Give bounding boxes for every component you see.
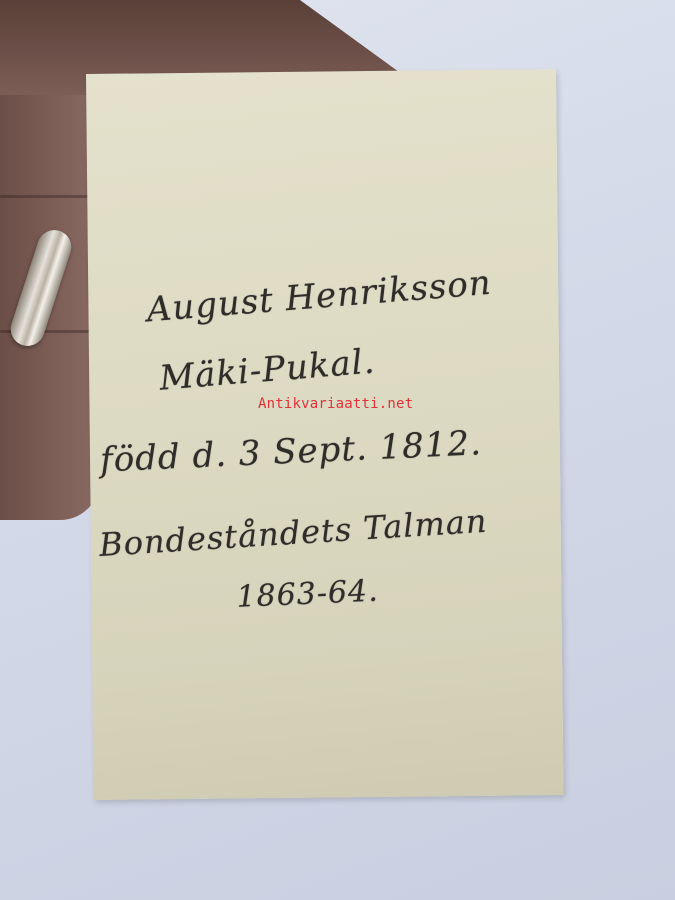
watermark-text: Antikvariaatti.net [258, 396, 413, 412]
photo-scene: August Henriksson Mäki-Pukal. född d. 3 … [0, 0, 675, 900]
card-line-born: född d. 3 Sept. 1812. [99, 423, 482, 480]
card-line-farm: Mäki-Pukal. [158, 342, 377, 399]
card-line-title: Bondeståndets Talman [98, 502, 488, 564]
handwritten-card: August Henriksson Mäki-Pukal. född d. 3 … [86, 69, 564, 800]
card-line-name: August Henriksson [145, 263, 493, 331]
card-line-years: 1863-64. [236, 574, 380, 615]
finger-crease [0, 195, 95, 198]
